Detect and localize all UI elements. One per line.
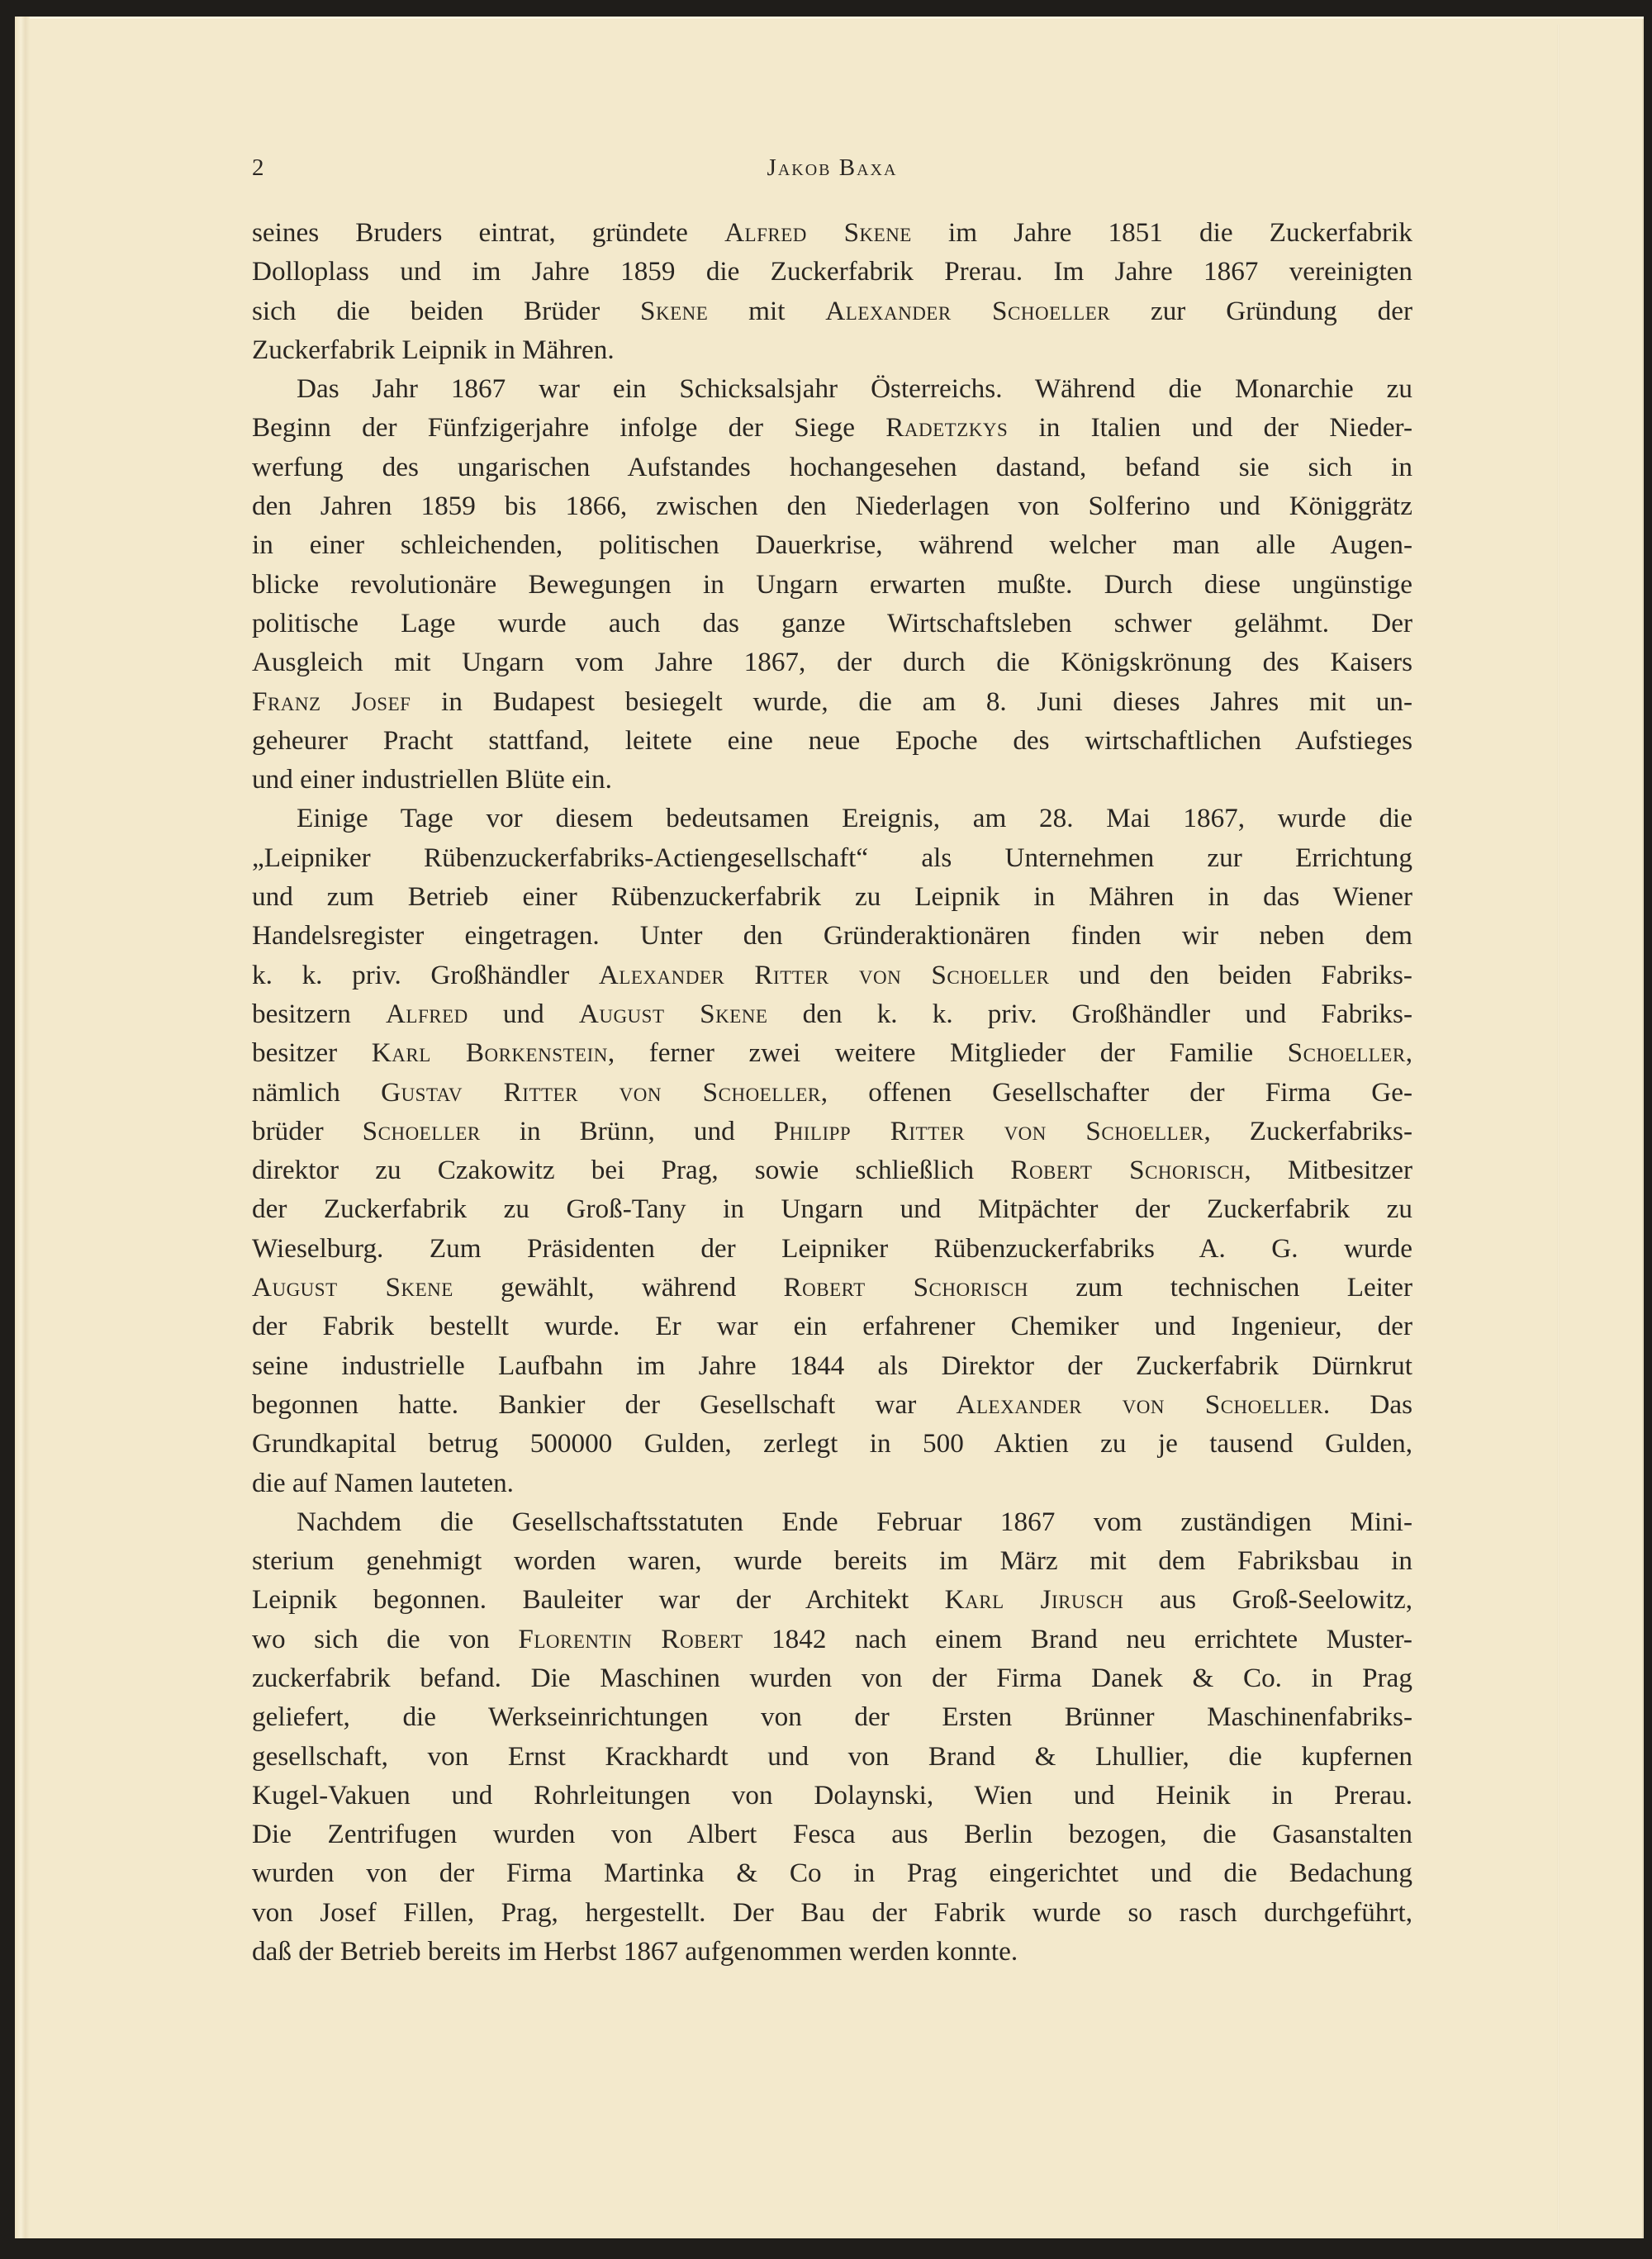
text-line: und zum Betrieb einer Rübenzuckerfabrik … bbox=[252, 877, 1412, 916]
text-line: Das Jahr 1867 war ein Schicksalsjahr Öst… bbox=[252, 369, 1412, 408]
person-name: Florentin Robert bbox=[518, 1624, 743, 1654]
page-stack-edge bbox=[15, 17, 30, 2238]
text-line: Handelsregister eingetragen. Unter den G… bbox=[252, 916, 1412, 955]
text-line: blicke revolutionäre Bewegungen in Ungar… bbox=[252, 565, 1412, 604]
text-line: Kugel-Vakuen und Rohrleitungen von Dolay… bbox=[252, 1776, 1412, 1815]
text-line: seines Bruders eintrat, gründete Alfred … bbox=[252, 213, 1412, 252]
text-line: geheurer Pracht stattfand, leitete eine … bbox=[252, 721, 1412, 760]
text-line: „Leipniker Rübenzuckerfabriks-Actiengese… bbox=[252, 838, 1412, 877]
text-line: wo sich die von Florentin Robert 1842 na… bbox=[252, 1620, 1412, 1659]
text-line: Dolloplass und im Jahre 1859 die Zuckerf… bbox=[252, 252, 1412, 291]
text-line: Franz Josef in Budapest besiegelt wurde,… bbox=[252, 682, 1412, 721]
text-line: Wieselburg. Zum Präsidenten der Leipnike… bbox=[252, 1229, 1412, 1268]
text-line: wurden von der Firma Martinka & Co in Pr… bbox=[252, 1853, 1412, 1892]
text-line: seine industrielle Laufbahn im Jahre 184… bbox=[252, 1346, 1412, 1385]
paragraph: seines Bruders eintrat, gründete Alfred … bbox=[252, 213, 1412, 369]
text-line: Grundkapital betrug 500000 Gulden, zerle… bbox=[252, 1424, 1412, 1463]
person-name: Gustav Ritter von Schoeller bbox=[381, 1077, 821, 1108]
person-name: August Skene bbox=[579, 999, 768, 1029]
running-title: Jakob Baxa bbox=[252, 151, 1412, 184]
person-name: Alexander Ritter von Schoeller bbox=[599, 960, 1050, 990]
person-name: Robert Schorisch bbox=[1010, 1155, 1244, 1185]
text-line: der Zuckerfabrik zu Groß-Tany in Ungarn … bbox=[252, 1189, 1412, 1228]
text-line: besitzern Alfred und August Skene den k.… bbox=[252, 994, 1412, 1033]
text-line: Die Zentrifugen wurden von Albert Fesca … bbox=[252, 1815, 1412, 1853]
person-name: Alfred bbox=[386, 999, 468, 1029]
text-line: brüder Schoeller in Brünn, und Philipp R… bbox=[252, 1112, 1412, 1151]
text-line: werfung des ungarischen Aufstandes hocha… bbox=[252, 448, 1412, 486]
person-name: Alfred Skene bbox=[724, 217, 912, 248]
person-name: August Skene bbox=[252, 1272, 453, 1303]
text-line: Nachdem die Gesellschaftsstatuten Ende F… bbox=[252, 1502, 1412, 1541]
page-fold-line bbox=[1557, 25, 1559, 2230]
text-line: Beginn der Fünfzigerjahre infolge der Si… bbox=[252, 408, 1412, 447]
person-name: Radetzkys bbox=[885, 412, 1008, 443]
text-line: zuckerfabrik befand. Die Maschinen wurde… bbox=[252, 1659, 1412, 1697]
text-line: Zuckerfabrik Leipnik in Mähren. bbox=[252, 330, 1412, 369]
person-name: Karl Jirusch bbox=[945, 1584, 1124, 1615]
text-line: und einer industriellen Blüte ein. bbox=[252, 760, 1412, 799]
body-text: seines Bruders eintrat, gründete Alfred … bbox=[252, 213, 1412, 1971]
text-line: k. k. priv. Großhändler Alexander Ritter… bbox=[252, 956, 1412, 994]
text-line: Ausgleich mit Ungarn vom Jahre 1867, der… bbox=[252, 643, 1412, 681]
text-line: die auf Namen lauteten. bbox=[252, 1464, 1412, 1502]
text-line: Leipnik begonnen. Bauleiter war der Arch… bbox=[252, 1580, 1412, 1619]
text-line: Einige Tage vor diesem bedeutsamen Ereig… bbox=[252, 799, 1412, 838]
text-line: gesellschaft, von Ernst Krackhardt und v… bbox=[252, 1737, 1412, 1776]
text-line: den Jahren 1859 bis 1866, zwischen den N… bbox=[252, 486, 1412, 525]
text-line: politische Lage wurde auch das ganze Wir… bbox=[252, 604, 1412, 643]
text-line: der Fabrik bestellt wurde. Er war ein er… bbox=[252, 1307, 1412, 1345]
person-name: Skene bbox=[640, 296, 708, 326]
person-name: Alexander von Schoeller bbox=[957, 1389, 1323, 1420]
paragraph: Einige Tage vor diesem bedeutsamen Ereig… bbox=[252, 799, 1412, 1502]
text-line: von Josef Fillen, Prag, hergestellt. Der… bbox=[252, 1893, 1412, 1932]
person-name: Robert Schorisch bbox=[784, 1272, 1028, 1303]
person-name: Schoeller bbox=[363, 1116, 481, 1146]
person-name: Franz Josef bbox=[252, 686, 411, 717]
person-name: Philipp Ritter von Schoeller bbox=[774, 1116, 1204, 1146]
paragraph: Nachdem die Gesellschaftsstatuten Ende F… bbox=[252, 1502, 1412, 1972]
person-name: Alexander Schoeller bbox=[825, 296, 1110, 326]
text-line: sich die beiden Brüder Skene mit Alexand… bbox=[252, 292, 1412, 330]
text-line: besitzer Karl Borkenstein, ferner zwei w… bbox=[252, 1033, 1412, 1072]
paragraph: Das Jahr 1867 war ein Schicksalsjahr Öst… bbox=[252, 369, 1412, 799]
text-line: nämlich Gustav Ritter von Schoeller, off… bbox=[252, 1073, 1412, 1112]
person-name: Schoeller bbox=[1288, 1037, 1406, 1068]
text-line: daß der Betrieb bereits im Herbst 1867 a… bbox=[252, 1932, 1412, 1971]
person-name: Karl Borkenstein bbox=[372, 1037, 608, 1068]
running-header: 2 Jakob Baxa bbox=[252, 151, 1412, 184]
text-line: direktor zu Czakowitz bei Prag, sowie sc… bbox=[252, 1151, 1412, 1189]
text-line: sterium genehmigt worden waren, wurde be… bbox=[252, 1541, 1412, 1580]
text-line: in einer schleichenden, politischen Daue… bbox=[252, 525, 1412, 564]
text-line: begonnen hatte. Bankier der Gesellschaft… bbox=[252, 1385, 1412, 1424]
text-line: geliefert, die Werkseinrichtungen von de… bbox=[252, 1697, 1412, 1736]
text-line: August Skene gewählt, während Robert Sch… bbox=[252, 1268, 1412, 1307]
